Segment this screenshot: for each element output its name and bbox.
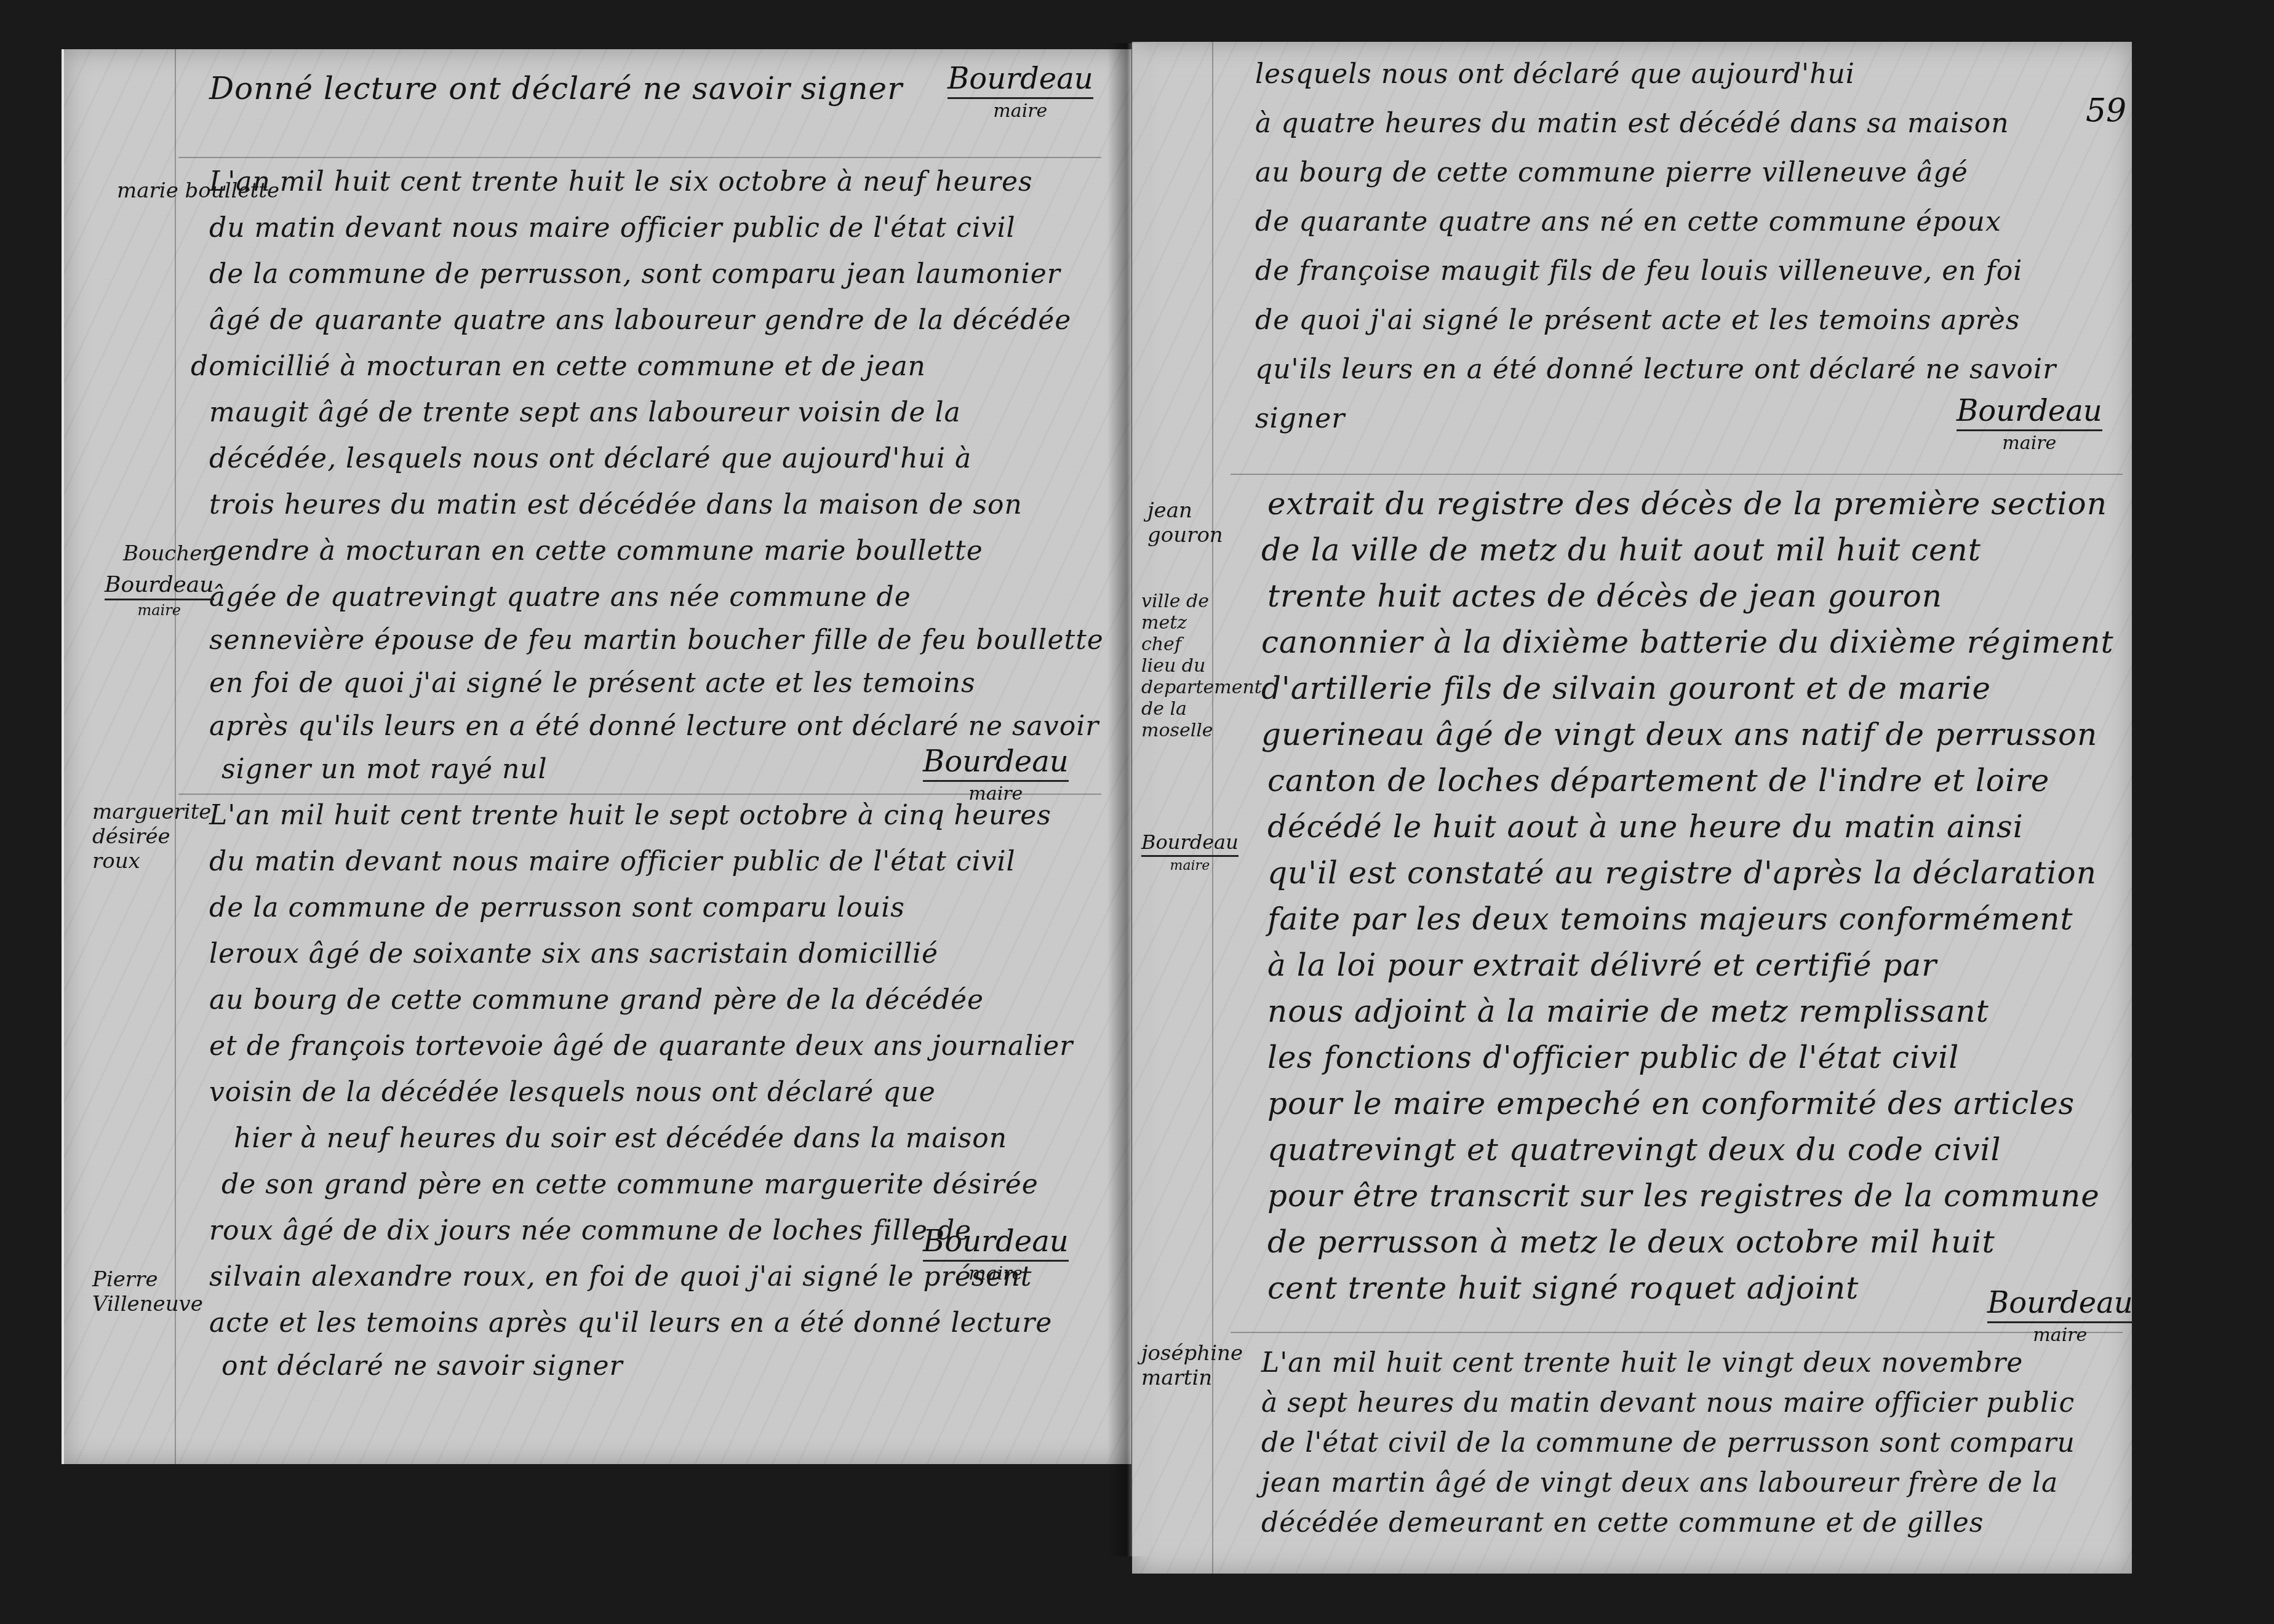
text-line: âgé de quarante quatre ans laboureur gen… (209, 304, 1071, 336)
text-line: silvain alexandre roux, en foi de quoi j… (209, 1261, 1032, 1292)
text-line: qu'il est constaté au registre d'après l… (1267, 855, 2097, 891)
folio-number: 59 (2086, 92, 2126, 129)
text-line: de la ville de metz du huit aout mil hui… (1261, 532, 1981, 568)
entry-separator (1231, 1332, 2123, 1333)
text-line: Donné lecture ont déclaré ne savoir sign… (209, 71, 903, 106)
margin-note-name: joséphine martin (1141, 1341, 1218, 1390)
text-line: de perrusson à metz le deux octobre mil … (1267, 1224, 1995, 1260)
text-line: décédé le huit aout à une heure du matin… (1267, 809, 2024, 845)
text-line: de l'état civil de la commune de perruss… (1261, 1427, 2075, 1459)
text-line: canonnier à la dixième batterie du dixiè… (1261, 624, 2114, 660)
text-line: faite par les deux temoins majeurs confo… (1267, 901, 2073, 937)
text-line: signer un mot rayé nul (221, 754, 548, 785)
signature-name: Bourdeau (1957, 394, 2102, 428)
signature-title: maire (947, 97, 1093, 122)
margin-rule (175, 49, 176, 1464)
text-line: leroux âgé de soixante six ans sacristai… (209, 938, 938, 969)
signature-name: Bourdeau (1141, 830, 1239, 854)
text-line: et de françois tortevoie âgé de quarante… (209, 1030, 1073, 1062)
text-line: à sept heures du matin devant nous maire… (1261, 1387, 2075, 1419)
mayor-signature: Bourdeau maire (1957, 394, 2102, 454)
mayor-signature: Bourdeau maire (105, 572, 214, 619)
text-line: ont déclaré ne savoir signer (221, 1350, 623, 1382)
margin-note-name: marie boullette (117, 178, 279, 203)
text-line: décédée, lesquels nous ont déclaré que a… (209, 443, 971, 474)
book-spine (1107, 43, 1151, 1556)
text-line: du matin devant nous maire officier publ… (209, 212, 1016, 244)
signature-title: maire (1141, 855, 1239, 874)
signature-name: Bourdeau (947, 62, 1093, 96)
text-line: L'an mil huit cent trente huit le six oc… (209, 166, 1033, 197)
text-line: décédée demeurant en cette commune et de… (1261, 1507, 1984, 1538)
text-line: à la loi pour extrait délivré et certifi… (1267, 947, 1937, 983)
text-line: nous adjoint à la mairie de metz remplis… (1267, 993, 1989, 1029)
text-line: de la commune de perrusson, sont comparu… (209, 258, 1061, 290)
signature-title: maire (1957, 429, 2102, 454)
mayor-signature: Bourdeau maire (923, 744, 1069, 805)
text-line: les fonctions d'officier public de l'éta… (1267, 1040, 1959, 1075)
signature-name: Bourdeau (1987, 1286, 2133, 1320)
text-line: de françoise maugit fils de feu louis vi… (1255, 255, 2022, 287)
entry-separator (178, 794, 1101, 795)
text-line: lesquels nous ont déclaré que aujourd'hu… (1255, 58, 1855, 90)
signature-name: Bourdeau (105, 572, 214, 597)
signature-title: maire (923, 1260, 1069, 1284)
text-line: cent trente huit signé roquet adjoint (1267, 1270, 1859, 1306)
text-line: pour le maire empeché en conformité des … (1267, 1086, 2075, 1121)
text-line: sennevière épouse de feu martin boucher … (209, 624, 1104, 656)
signature-name: Bourdeau (923, 744, 1069, 779)
text-line: guerineau âgé de vingt deux ans natif de… (1261, 717, 2097, 752)
text-line: à quatre heures du matin est décédé dans… (1255, 108, 2009, 139)
text-line: au bourg de cette commune grand père de … (209, 984, 984, 1016)
text-line: extrait du registre des décès de la prem… (1267, 486, 2107, 522)
text-line: canton de loches département de l'indre … (1267, 763, 2049, 798)
text-line: du matin devant nous maire officier publ… (209, 846, 1016, 877)
text-line: hier à neuf heures du soir est décédée d… (234, 1123, 1007, 1154)
text-line: gendre à mocturan en cette commune marie… (209, 535, 983, 567)
text-line: acte et les temoins après qu'il leurs en… (209, 1307, 1052, 1339)
text-line: quatrevingt et quatrevingt deux du code … (1267, 1132, 2001, 1168)
text-line: en foi de quoi j'ai signé le présent act… (209, 667, 976, 699)
text-line: jean martin âgé de vingt deux ans labour… (1261, 1467, 2058, 1499)
text-line: maugit âgé de trente sept ans laboureur … (209, 397, 961, 428)
margin-note-place: ville de metz chef lieu du departement d… (1141, 591, 1218, 741)
mayor-signature: Bourdeau maire (1141, 830, 1239, 874)
margin-note-name: Pierre Villeneuve (92, 1267, 203, 1316)
entry-separator (178, 157, 1101, 158)
signature-title: maire (105, 599, 214, 619)
text-line: trente huit actes de décès de jean gouro… (1267, 578, 1942, 614)
text-line: au bourg de cette commune pierre villene… (1255, 157, 1968, 188)
text-line: roux âgé de dix jours née commune de loc… (209, 1215, 971, 1246)
text-line: voisin de la décédée lesquels nous ont d… (209, 1077, 936, 1108)
text-line: de son grand père en cette commune margu… (221, 1169, 1039, 1200)
text-line: qu'ils leurs en a été donné lecture ont … (1255, 354, 2056, 385)
margin-note-name: Boucher (123, 541, 212, 566)
signature-name: Bourdeau (923, 1224, 1069, 1259)
text-line: de quoi j'ai signé le présent acte et le… (1255, 304, 2020, 336)
signature-title: maire (923, 780, 1069, 805)
text-line: pour être transcrit sur les registres de… (1267, 1178, 2100, 1214)
margin-note-name: jean gouron (1147, 498, 1215, 547)
mayor-signature: Bourdeau maire (923, 1224, 1069, 1284)
text-line: signer (1255, 403, 1345, 434)
text-line: âgée de quatrevingt quatre ans née commu… (209, 581, 911, 613)
text-line: après qu'ils leurs en a été donné lectur… (209, 710, 1099, 742)
text-line: d'artillerie fils de silvain gouront et … (1261, 671, 1991, 706)
signature-title: maire (1987, 1321, 2133, 1346)
text-line: domicillié à mocturan en cette commune e… (191, 351, 926, 382)
mayor-signature: Bourdeau maire (1987, 1286, 2133, 1346)
text-line: trois heures du matin est décédée dans l… (209, 489, 1023, 520)
text-line: de quarante quatre ans né en cette commu… (1255, 206, 2001, 237)
margin-note-name: marguerite désirée roux (92, 800, 203, 874)
entry-separator (1231, 474, 2123, 475)
text-line: de la commune de perrusson sont comparu … (209, 892, 905, 923)
mayor-signature: Bourdeau maire (947, 62, 1093, 122)
text-line: L'an mil huit cent trente huit le vingt … (1261, 1347, 2023, 1379)
